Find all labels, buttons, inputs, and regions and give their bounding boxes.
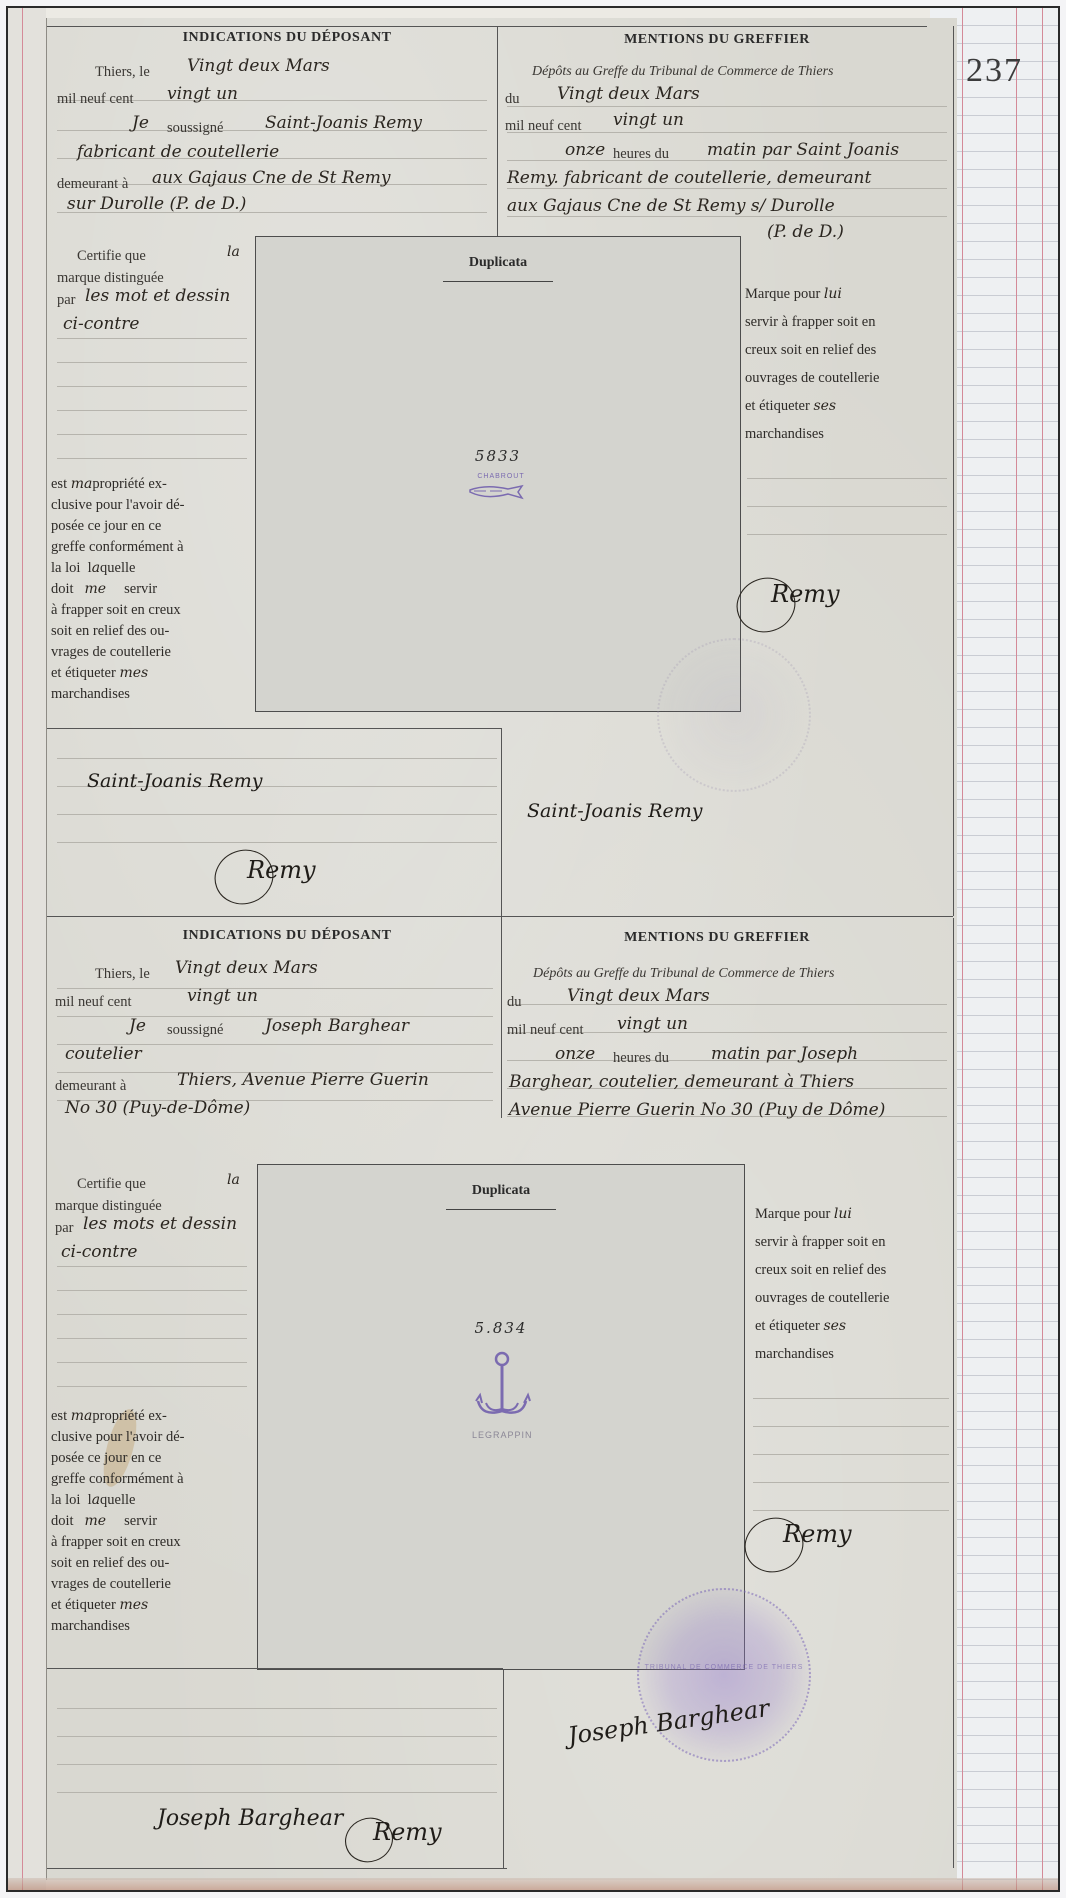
propriete-line: posée ce jour en ce — [51, 1448, 251, 1469]
depositor-name-handwritten: Saint-Joanis Remy — [265, 113, 422, 133]
laquelle-label: quelle — [100, 560, 135, 576]
column-divider-top — [501, 918, 502, 1118]
depositor-name-handwritten: Joseph Barghear — [265, 1016, 409, 1036]
etiqueter-label: et étiqueter — [51, 665, 116, 681]
ses-handwritten: ses — [823, 1318, 846, 1334]
seal-text: TRIBUNAL DE COMMERCE DE THIERS — [639, 1664, 809, 1671]
doit-label: doit — [51, 1513, 74, 1529]
greffier-line-2-handwritten: Barghear, coutelier, demeurant à Thiers — [509, 1072, 854, 1092]
laquelle-handwritten: a — [92, 1492, 100, 1508]
mil-neuf-cent-label: mil neuf cent — [505, 118, 582, 135]
mes-handwritten: mes — [119, 1597, 148, 1613]
year-handwritten: vingt un — [187, 986, 258, 1006]
par-label: par — [55, 1220, 74, 1237]
ci-contre-handwritten: ci-contre — [61, 1242, 137, 1262]
duplicata-title: Duplicata — [258, 1183, 744, 1199]
address-line-1-handwritten: aux Gajaus Cne de St Remy — [152, 168, 391, 188]
je-handwritten: Je — [132, 113, 149, 133]
greffier-line-2-handwritten: Remy. fabricant de coutellerie, demeuran… — [507, 168, 871, 188]
entry-1: INDICATIONS DU DÉPOSANT Thiers, le Vingt… — [47, 18, 957, 918]
address-line-2-handwritten: sur Durolle (P. de D.) — [67, 194, 246, 214]
demeurant-label: demeurant à — [57, 176, 128, 193]
profession-handwritten: fabricant de coutellerie — [77, 142, 279, 162]
usage-line: creux soit en relief des — [745, 336, 945, 364]
etiqueter-label: et étiqueter — [755, 1318, 820, 1334]
deposit-date-handwritten: Vingt deux Mars — [187, 56, 330, 76]
greffier-year-handwritten: vingt un — [613, 110, 684, 130]
je-handwritten: Je — [129, 1016, 146, 1036]
usage-line: ouvrages de coutellerie — [755, 1284, 951, 1312]
deposit-date-handwritten: Vingt deux Mars — [175, 958, 318, 978]
torn-bottom-edge — [8, 1878, 1058, 1890]
soussigne-label: soussigné — [167, 120, 223, 137]
lui-handwritten: lui — [834, 1206, 852, 1222]
par-handwritten: les mots et dessin — [83, 1214, 237, 1234]
marque-pour-paragraph: Marque pour lui servir à frapper soit en… — [745, 280, 945, 448]
marque-pour-paragraph: Marque pour lui servir à frapper soit en… — [755, 1200, 951, 1368]
la-loi-label: la loi — [51, 1492, 80, 1508]
soussigne-label: soussigné — [167, 1022, 223, 1039]
address-line-2-handwritten: No 30 (Puy-de-Dôme) — [65, 1098, 250, 1118]
column-divider-bottom — [501, 728, 502, 918]
propriete-line: greffe conformément à — [51, 537, 249, 558]
hour-handwritten: onze — [565, 140, 605, 160]
time-handwritten: matin par Saint Joanis — [707, 140, 899, 160]
usage-line: à frapper soit en creux — [51, 1532, 251, 1553]
la-handwritten: la — [227, 1172, 240, 1188]
ses-handwritten: ses — [813, 398, 836, 414]
ci-contre-handwritten: ci-contre — [63, 314, 139, 334]
usage-line: servir à frapper soit en — [755, 1228, 951, 1256]
marchandises-label: marchandises — [51, 1616, 251, 1637]
mes-handwritten: mes — [119, 665, 148, 681]
propriete-line: greffe conformément à — [51, 1469, 251, 1490]
registration-sheet: INDICATIONS DU DÉPOSANT Thiers, le Vingt… — [46, 18, 957, 1880]
duplicata-underline — [443, 281, 553, 282]
laquelle-handwritten: a — [92, 560, 100, 576]
propriete-line: propriété ex- — [92, 1408, 166, 1424]
greffier-line-4-handwritten: (P. de D.) — [767, 222, 844, 242]
greffier-signature: Saint-Joanis Remy — [527, 800, 703, 822]
heures-du-label: heures du — [613, 1050, 669, 1067]
duplicata-underline — [446, 1209, 556, 1210]
marque-pour-label: Marque pour — [755, 1206, 830, 1222]
lui-handwritten: lui — [824, 286, 842, 302]
registration-number: 5.834 — [258, 1319, 744, 1337]
depositor-paraphe: Remy — [373, 1818, 442, 1846]
propriete-line: clusive pour l'avoir dé- — [51, 1427, 251, 1448]
laquelle-label: quelle — [100, 1492, 135, 1508]
grappling-hook-mark-icon — [472, 1351, 532, 1425]
usage-line: ouvrages de coutellerie — [745, 364, 945, 392]
profession-handwritten: coutelier — [65, 1044, 142, 1064]
hour-handwritten: onze — [555, 1044, 595, 1064]
greffier-line-3-handwritten: Avenue Pierre Guerin No 30 (Puy de Dôme) — [509, 1100, 885, 1120]
me-handwritten: me — [84, 1513, 106, 1529]
est-label: est — [51, 476, 67, 492]
greffier-line-3-handwritten: aux Gajaus Cne de St Remy s/ Durolle — [507, 196, 835, 216]
mil-neuf-cent-label: mil neuf cent — [55, 994, 132, 1011]
page-number: 237 — [966, 52, 1023, 90]
doit-label: doit — [51, 581, 74, 597]
propriete-line: clusive pour l'avoir dé- — [51, 495, 249, 516]
entry-2: INDICATIONS DU DÉPOSANT Thiers, le Vingt… — [47, 918, 957, 1880]
propriete-paragraph: est mapropriété ex- clusive pour l'avoir… — [51, 1406, 251, 1637]
du-label: du — [505, 91, 520, 108]
est-label: est — [51, 1408, 67, 1424]
certifie-label: Certifie que — [77, 248, 146, 265]
trademark-stamp: CHABROUT — [466, 473, 536, 507]
mil-neuf-cent-label: mil neuf cent — [57, 91, 134, 108]
usage-line: vrages de coutellerie — [51, 642, 249, 663]
depositor-paraphe: Remy — [247, 856, 316, 884]
du-label: du — [507, 994, 522, 1011]
greffier-header: MENTIONS DU GREFFIER — [517, 32, 917, 48]
marque-pour-label: Marque pour — [745, 286, 820, 302]
greffier-header: MENTIONS DU GREFFIER — [517, 930, 917, 946]
greffier-paraphe: Remy — [783, 1520, 852, 1548]
certifie-label: Certifie que — [77, 1176, 146, 1193]
trademark-stamp: LEGRAPPIN — [472, 1351, 533, 1440]
la-handwritten: la — [227, 244, 240, 260]
year-handwritten: vingt un — [167, 84, 238, 104]
mil-neuf-cent-label: mil neuf cent — [507, 1022, 584, 1039]
duplicata-box: Duplicata 5.834 LEGRAPPIN — [257, 1164, 745, 1670]
marque-distinguee-label: marque distinguée — [55, 1198, 162, 1215]
depositor-signature: Saint-Joanis Remy — [87, 770, 263, 792]
depots-label: Dépôts au Greffe du Tribunal de Commerce… — [532, 64, 834, 80]
propriete-line: posée ce jour en ce — [51, 516, 249, 537]
usage-line: servir à frapper soit en — [745, 308, 945, 336]
etiqueter-label: et étiqueter — [51, 1597, 116, 1613]
etiqueter-label: et étiqueter — [745, 398, 810, 414]
ma-handwritten: ma — [71, 476, 93, 492]
fish-mark-icon — [466, 480, 536, 502]
greffier-year-handwritten: vingt un — [617, 1014, 688, 1034]
greffier-date-handwritten: Vingt deux Mars — [557, 84, 700, 104]
propriete-paragraph: est mapropriété ex- clusive pour l'avoir… — [51, 474, 249, 705]
entry-separator — [47, 916, 953, 917]
demeurant-label: demeurant à — [55, 1078, 126, 1095]
trademark-stamp-text: LEGRAPPIN — [472, 1430, 533, 1440]
address-line-1-handwritten: Thiers, Avenue Pierre Guerin — [177, 1070, 429, 1090]
thiers-le-label: Thiers, le — [95, 64, 150, 81]
servir-label: servir — [124, 1513, 157, 1529]
usage-line: soit en relief des ou- — [51, 1553, 251, 1574]
me-handwritten: me — [84, 581, 106, 597]
right-border — [953, 918, 954, 1868]
left-margin-strip — [8, 8, 46, 1890]
deposant-header: INDICATIONS DU DÉPOSANT — [87, 928, 487, 944]
la-loi-label: la loi — [51, 560, 80, 576]
trademark-stamp-text: CHABROUT — [466, 473, 536, 480]
depositor-signature: Joseph Barghear — [157, 1806, 343, 1831]
propriete-line: propriété ex- — [92, 476, 166, 492]
marque-distinguee-label: marque distinguée — [57, 270, 164, 287]
greffier-date-handwritten: Vingt deux Mars — [567, 986, 710, 1006]
marchandises-label: marchandises — [745, 420, 945, 448]
right-border — [953, 26, 954, 916]
top-border — [47, 26, 927, 27]
ma-handwritten: ma — [71, 1408, 93, 1424]
heures-du-label: heures du — [613, 146, 669, 163]
faint-seal-stamp — [657, 638, 811, 792]
depots-label: Dépôts au Greffe du Tribunal de Commerce… — [533, 966, 835, 982]
thiers-le-label: Thiers, le — [95, 966, 150, 983]
duplicata-box: Duplicata 5833 CHABROUT — [255, 236, 741, 712]
column-divider-bottom — [503, 1638, 504, 1868]
duplicata-title: Duplicata — [256, 255, 740, 271]
marchandises-label: marchandises — [51, 684, 249, 705]
column-divider-top — [497, 26, 498, 236]
usage-line: soit en relief des ou- — [51, 621, 249, 642]
deposant-header: INDICATIONS DU DÉPOSANT — [87, 30, 487, 46]
marchandises-label: marchandises — [755, 1340, 951, 1368]
par-label: par — [57, 292, 76, 309]
usage-line: vrages de coutellerie — [51, 1574, 251, 1595]
usage-line: creux soit en relief des — [755, 1256, 951, 1284]
time-handwritten: matin par Joseph — [711, 1044, 858, 1064]
greffier-paraphe: Remy — [771, 580, 840, 608]
usage-line: à frapper soit en creux — [51, 600, 249, 621]
registration-number: 5833 — [256, 447, 740, 465]
par-handwritten: les mot et dessin — [85, 286, 230, 306]
servir-label: servir — [124, 581, 157, 597]
